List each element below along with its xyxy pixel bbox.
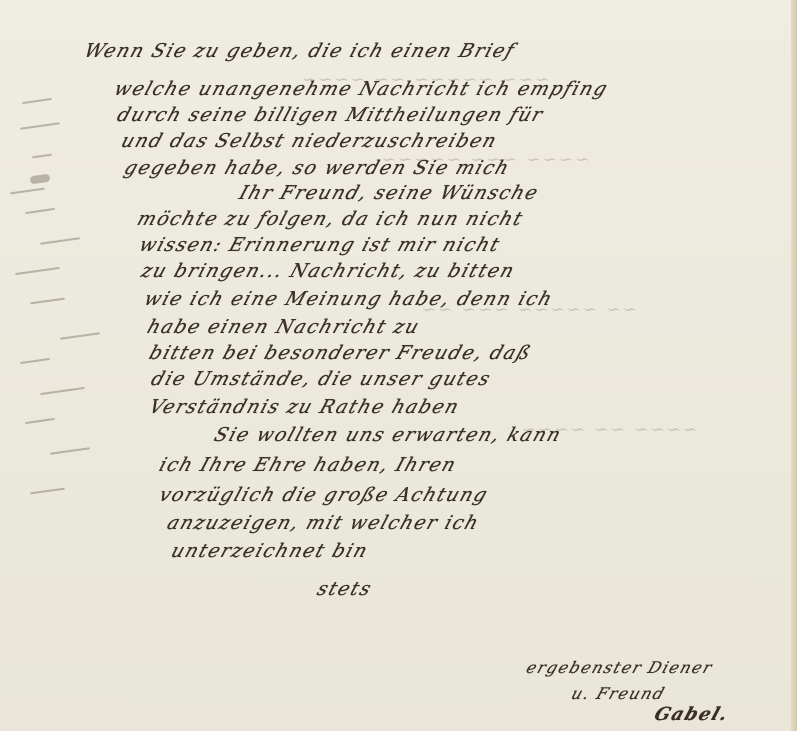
paper-edge [791,0,797,731]
signature-closing: ergebenster Diener [524,658,716,677]
signature-name: Gabel. [652,704,732,725]
letter-line: bitten bei besonderer Freude, daß [146,342,534,364]
letter-page: ~~~ ~~~~~ ~~ ~~~~ ~~~~ ~~~ ~~~~~ ~~ ~~~~… [0,0,797,731]
letter-line: vorzüglich die große Achtung [156,484,491,506]
letter-line: wie ich eine Meinung habe, denn ich [141,288,556,310]
letter-line: möchte zu folgen, da ich nun nicht [134,208,526,230]
letter-line: durch seine billigen Mittheilungen für [114,104,546,126]
closing-word: stets [314,578,375,600]
letter-line: wissen: Erinnerung ist mir nicht [136,234,503,256]
letter-line: Sie wollten uns erwarten, kann [211,424,564,446]
letter-line: zu bringen... Nachricht, zu bitten [138,260,518,282]
letter-line: gegeben habe, so werden Sie mich [121,157,513,179]
letter-line: die Umstände, die unser gutes [148,368,494,390]
letter-line: ich Ihre Ehre haben, Ihren [156,454,459,476]
letter-line: unterzeichnet bin [168,540,371,562]
letter-line: und das Selbst niederzuschreiben [118,130,500,152]
letter-line: welche unangenehme Nachricht ich empfing [111,78,611,100]
letter-line: Ihr Freund, seine Wünsche [236,182,541,204]
letter-line: habe einen Nachricht zu [144,316,423,338]
ink-bleed-through [0,0,130,731]
signature-friend: u. Freund [569,684,668,703]
letter-line: Wenn Sie zu geben, die ich einen Brief [81,40,518,62]
letter-line: Verständnis zu Rathe haben [146,396,462,418]
letter-line: anzuzeigen, mit welcher ich [164,512,482,534]
